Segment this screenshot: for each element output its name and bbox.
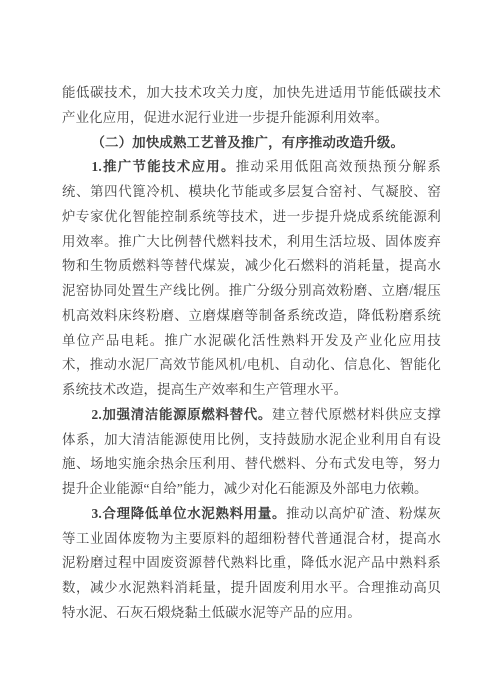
paragraph-text: 推动采用低阻高效预热预分解系统、第四代篦冷机、模块化节能或多层复合窑衬、气凝胶、…: [62, 159, 441, 397]
paragraph: 能低碳技术，加大技术攻关力度，加快先进适用节能低碳技术产业化应用，促进水泥行业进…: [62, 81, 441, 131]
document-body: 能低碳技术，加大技术攻关力度，加快先进适用节能低碳技术产业化应用，促进水泥行业进…: [62, 81, 441, 626]
paragraph: 1.推广节能技术应用。推动采用低阻高效预热预分解系统、第四代篦冷机、模块化节能或…: [62, 155, 441, 403]
document-page: 能低碳技术，加大技术攻关力度，加快先进适用节能低碳技术产业化应用，促进水泥行业进…: [0, 0, 495, 700]
paragraph-text: 推动以高炉矿渣、粉煤灰等工业固体废物为主要原料的超细粉替代普通混合材，提高水泥粉…: [62, 506, 441, 620]
section-heading-text: （二）加快成熟工艺普及推广，有序推动改造升级。: [91, 135, 404, 150]
paragraph-lead: 2.加强清洁能源原燃料替代。: [91, 407, 272, 422]
paragraph: 2.加强清洁能源原燃料替代。建立替代原燃材料供应支撑体系，加大清洁能源使用比例，…: [62, 403, 441, 502]
paragraph-lead: 3.合理降低单位水泥熟料用量。: [91, 506, 286, 521]
section-heading: （二）加快成熟工艺普及推广，有序推动改造升级。: [62, 131, 441, 156]
paragraph: 3.合理降低单位水泥熟料用量。推动以高炉矿渣、粉煤灰等工业固体废物为主要原料的超…: [62, 502, 441, 626]
paragraph-text: 能低碳技术，加大技术攻关力度，加快先进适用节能低碳技术产业化应用，促进水泥行业进…: [62, 85, 441, 125]
paragraph-lead: 1.推广节能技术应用。: [91, 159, 235, 174]
